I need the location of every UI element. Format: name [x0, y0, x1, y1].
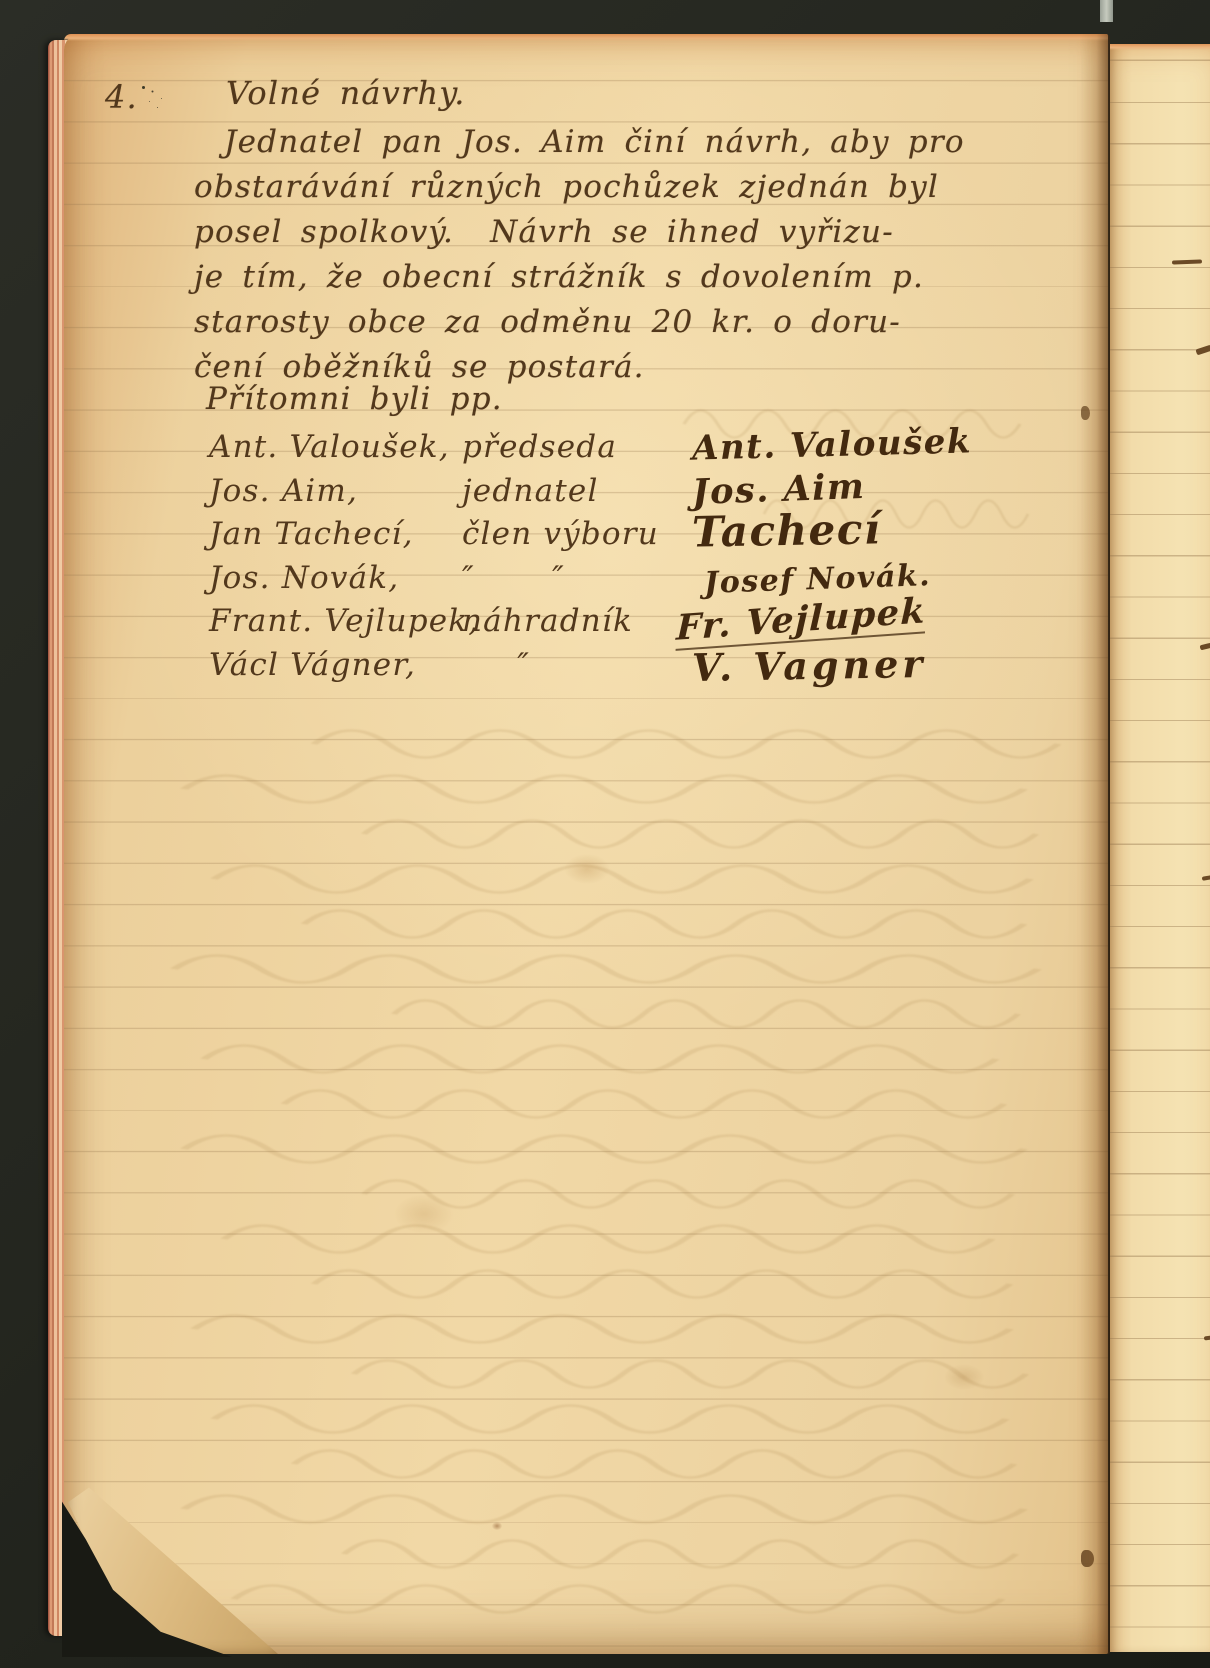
- minutes-paragraph: Jednatel pan Jos. Aim činí návrh, aby pr…: [194, 120, 1034, 390]
- bookmark-ribbon: [1100, 0, 1113, 22]
- attendee-row: Frant. Vejlupek, náhradník Fr. Vejlupek: [64, 599, 1064, 643]
- attendance-intro: Přítomni byli pp.: [206, 381, 503, 417]
- paragraph-line: je tím, že obecní strážník s dovolením p…: [194, 255, 1034, 300]
- attendee-role: předseda: [462, 429, 617, 465]
- notebook-page-right: [1110, 44, 1210, 1652]
- attendee-role: jednatel: [462, 473, 599, 509]
- paragraph-line: posel spolkový. Návrh se ihned vyřizu-: [194, 210, 1034, 255]
- attendee-signature: Tachecí: [692, 504, 882, 556]
- paragraph-line: obstarávání různých pochůzek zjednán byl: [194, 165, 1034, 210]
- paper-stain: [944, 1364, 984, 1390]
- section-number: 4.: [105, 78, 138, 116]
- attendee-name: Jan Tachecí,: [209, 516, 414, 552]
- attendee-name: Frant. Vejlupek,: [209, 603, 479, 639]
- ink-mark: [1204, 1335, 1210, 1340]
- section-title: Volné návrhy.: [226, 74, 466, 112]
- attendee-row: Václ Vágner, ″ V. Vagner: [64, 643, 1064, 687]
- attendee-role: ″: [462, 647, 530, 683]
- paragraph-line: Jednatel pan Jos. Aim činí návrh, aby pr…: [194, 120, 1034, 165]
- paragraph-line: starosty obce za odměnu 20 kr. o doru-: [194, 300, 1034, 345]
- attendee-role: člen výboru: [462, 516, 659, 552]
- attendee-name: Václ Vágner,: [209, 647, 416, 683]
- attendee-list: Ant. Valoušek, předseda Ant. Valoušek Jo…: [64, 425, 1064, 686]
- attendee-role: náhradník: [462, 603, 633, 639]
- notebook-page-left: 4. Volné návrhy. Jednatel pan Jos. Aim č…: [64, 34, 1108, 1654]
- page-gutter-fold: [1080, 34, 1110, 1654]
- attendee-row: Jos. Aim, jednatel Jos. Aim: [64, 469, 1064, 513]
- attendee-name: Ant. Valoušek,: [209, 429, 450, 465]
- attendee-signature: V. Vagner: [692, 640, 927, 689]
- attendee-row: Ant. Valoušek, předseda Ant. Valoušek: [64, 425, 1064, 469]
- attendee-signature: Ant. Valoušek: [692, 421, 973, 468]
- paper-stain: [564, 854, 610, 884]
- photo-background: 4. Volné návrhy. Jednatel pan Jos. Aim č…: [0, 0, 1210, 1668]
- paper-stain: [394, 1194, 454, 1234]
- attendee-name: Jos. Aim,: [209, 473, 358, 509]
- ruled-lines: [1110, 44, 1210, 1652]
- attendee-name: Jos. Novák,: [209, 560, 399, 596]
- ink-speckles: [142, 86, 145, 89]
- attendee-role: ″ ″: [462, 560, 565, 596]
- paper-stain: [492, 1522, 502, 1530]
- attendee-row: Jan Tachecí, člen výboru Tachecí: [64, 512, 1064, 556]
